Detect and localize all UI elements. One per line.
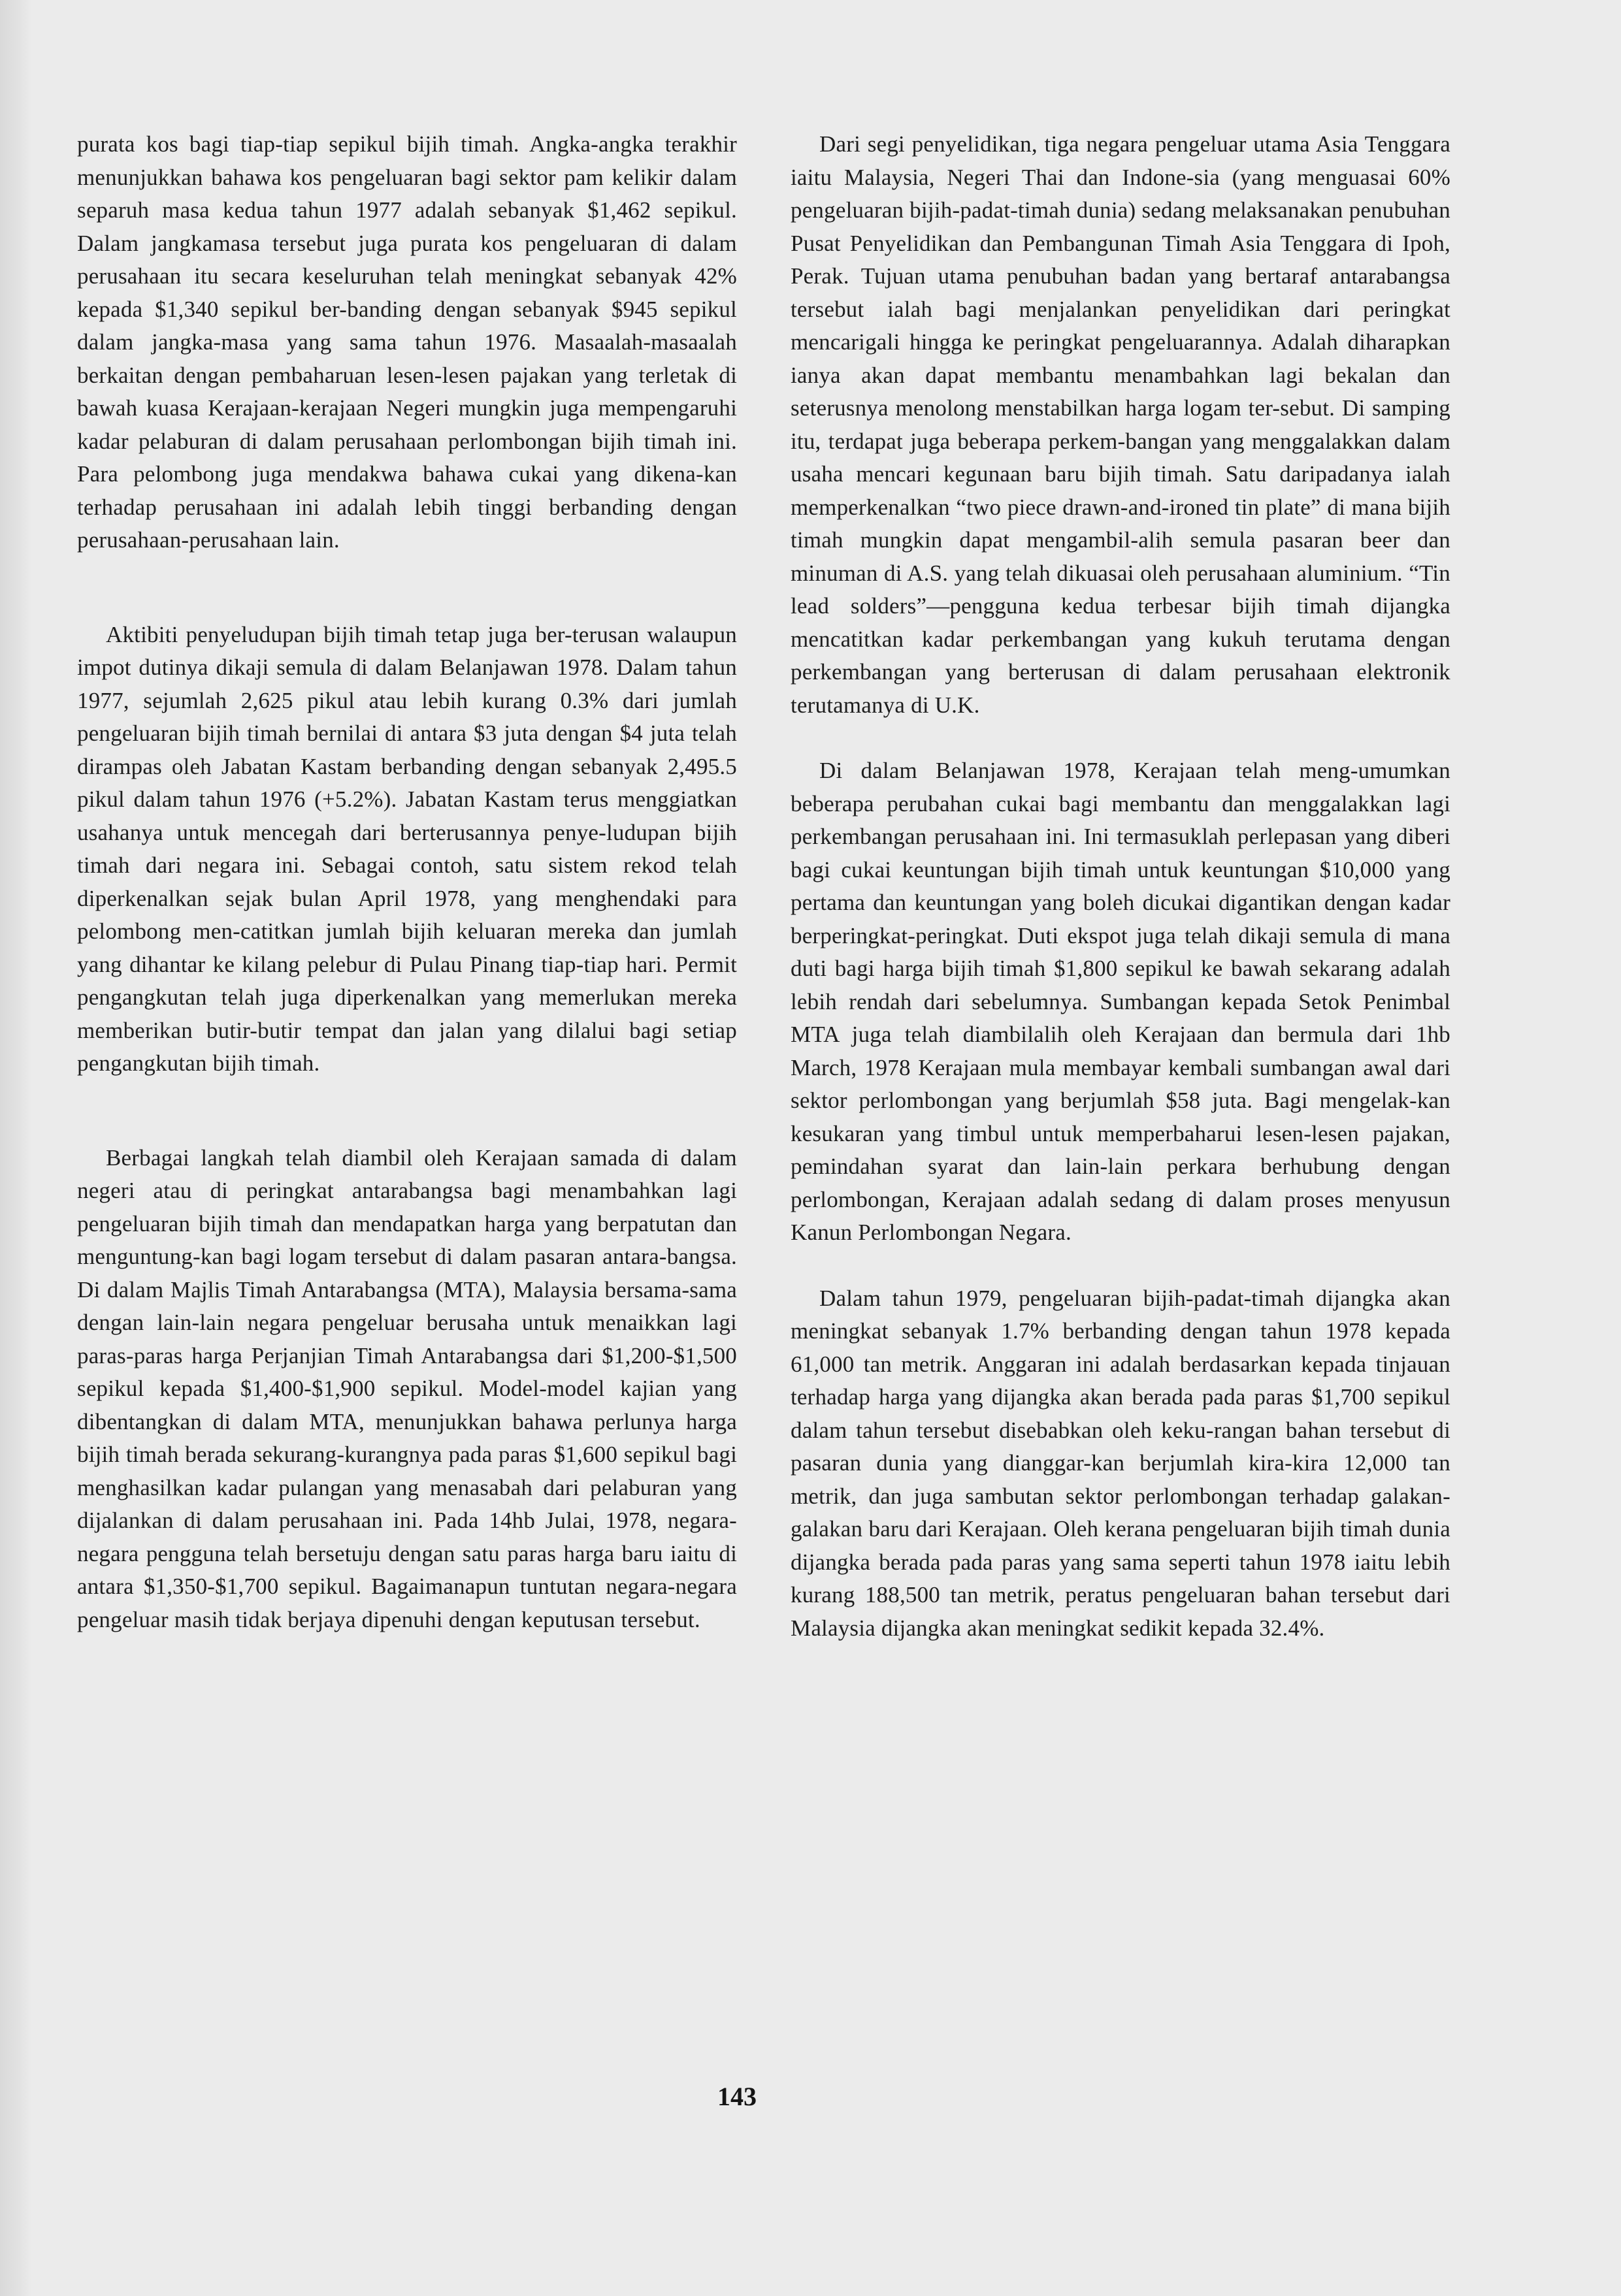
- paragraph-smuggling-activity: Aktibiti penyeludupan bijih timah tetap …: [77, 619, 737, 1080]
- right-column: Dari segi penyelidikan, tiga negara peng…: [791, 128, 1450, 1645]
- left-column: purata kos bagi tiap-tiap sepikul bijih …: [77, 128, 737, 1636]
- page-binding-shadow: [0, 0, 31, 2296]
- paragraph-research: Dari segi penyelidikan, tiga negara peng…: [791, 128, 1450, 722]
- paragraph-outlook-1979: Dalam tahun 1979, pengeluaran bijih-pada…: [791, 1282, 1450, 1645]
- page-number: 143: [717, 2081, 757, 2112]
- paragraph-government-measures: Berbagai langkah telah diambil oleh Kera…: [77, 1142, 737, 1637]
- paragraph-production-costs: purata kos bagi tiap-tiap sepikul bijih …: [77, 128, 737, 557]
- paragraph-budget-1978: Di dalam Belanjawan 1978, Kerajaan telah…: [791, 754, 1450, 1250]
